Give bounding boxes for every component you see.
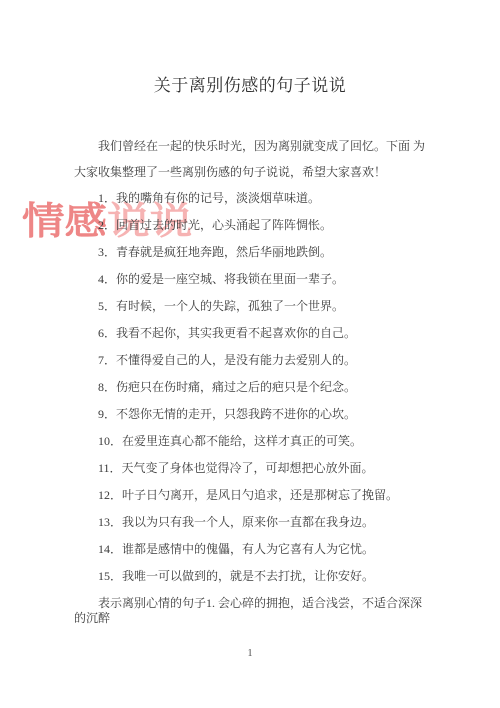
sentence-item: 2．回首过去的时光，心头涌起了阵阵惆怅。 [74,212,438,239]
outro-paragraph: 表示离别心情的句子1. 会心碎的拥抱，适合浅尝，不适合深深 的沉醉 [74,596,438,626]
document-page: 情感说说 关于离别伤感的句子说说 我们曾经在一起的快乐时光，因为离别就变成了回忆… [0,0,500,708]
sentence-list: 1．我的嘴角有你的记号，淡淡烟草味道。 2．回首过去的时光，心头涌起了阵阵惆怅。… [74,185,438,590]
sentence-item: 13．我以为只有我一个人，原来你一直都在我身边。 [74,509,438,536]
sentence-item: 4．你的爱是一座空城、将我锁在里面一辈子。 [74,266,438,293]
outro-line: 的沉醉 [74,611,438,626]
sentence-item: 10．在爱里连真心都不能给，这样才真正的可笑。 [74,428,438,455]
sentence-item: 7．不懂得爱自己的人，是没有能力去爱别人的。 [74,347,438,374]
intro-line: 大家收集整理了一些离别伤感的句子说说，希望大家喜欢！ [74,160,438,186]
page-title: 关于离别伤感的句子说说 [0,74,500,98]
intro-line: 我们曾经在一起的快乐时光，因为离别就变成了回忆。下面 为 [74,134,438,160]
outro-line: 表示离别心情的句子1. 会心碎的拥抱，适合浅尝，不适合深深 [74,596,438,611]
page-number: 1 [0,647,500,661]
sentence-item: 1．我的嘴角有你的记号，淡淡烟草味道。 [74,185,438,212]
sentence-item: 3．青春就是疯狂地奔跑，然后华丽地跌倒。 [74,239,438,266]
sentence-item: 6．我看不起你，其实我更看不起喜欢你的自己。 [74,320,438,347]
sentence-item: 12．叶子日勺离开，是风日勺追求，还是那树忘了挽留。 [74,482,438,509]
sentence-item: 14．谁都是感情中的傀儡，有人为它喜有人为它忧。 [74,536,438,563]
sentence-item: 8．伤疤只在伤时痛，痛过之后的疤只是个纪念。 [74,374,438,401]
intro-paragraph: 我们曾经在一起的快乐时光，因为离别就变成了回忆。下面 为 大家收集整理了一些离别… [74,134,438,185]
sentence-item: 5．有时候，一个人的失踪，孤独了一个世界。 [74,293,438,320]
sentence-item: 11．天气变了身体也觉得冷了，可却想把心放外面。 [74,455,438,482]
sentence-item: 15．我唯一可以做到的，就是不去打扰，让你安好。 [74,563,438,590]
sentence-item: 9．不怨你无情的走开，只怨我跨不进你的心坎。 [74,401,438,428]
document-body: 我们曾经在一起的快乐时光，因为离别就变成了回忆。下面 为 大家收集整理了一些离别… [74,134,438,626]
